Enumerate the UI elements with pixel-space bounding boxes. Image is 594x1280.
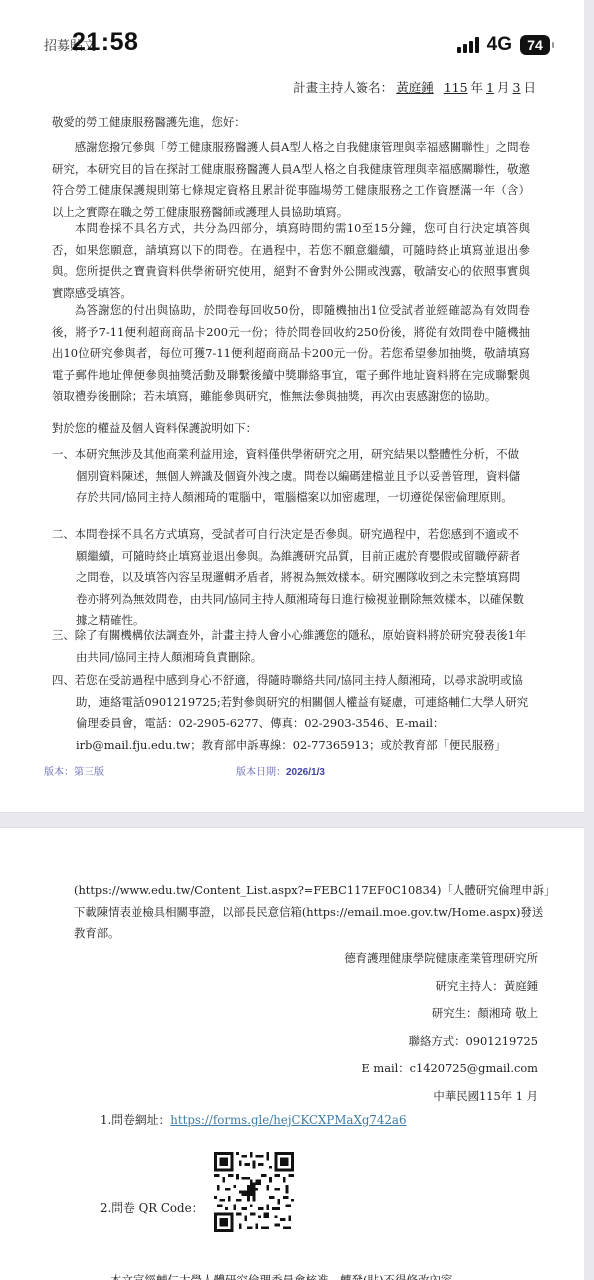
survey-url-label: 1.問卷網址： (100, 1113, 170, 1127)
version-date: 版本日期：2026/1/3 (236, 763, 325, 778)
signature-label: 計畫主持人簽名： (293, 80, 393, 95)
graduate-student: 研究生：顏湘琦 敬上 (344, 1000, 538, 1028)
network-type: 4G (487, 34, 512, 56)
survey-url-link[interactable]: https://forms.gle/hejCKCXPMaXg742a6 (170, 1113, 406, 1127)
year-unit: 年 (471, 80, 484, 95)
ethics-approval-note: 本文宣經輔仁大學人體研究倫理委員會核准，轉發(貼)不得修改內容。 (110, 1272, 464, 1280)
status-bar: 招募貼文 21:58 4G 74 (0, 28, 584, 64)
complaint-continuation: (https://www.edu.tw/Content_List.aspx?=F… (74, 880, 554, 945)
signature-day: 3 (510, 80, 524, 95)
anonymity-paragraph: 本問卷採不具名方式，共分為四部分，填寫時間約需10至15分鐘，您可自行決定填答與… (52, 218, 530, 304)
incentive-paragraph: 為答謝您的付出與協助，於問卷每回收50份，即隨機抽出1位受試者並經確認為有效問卷… (52, 300, 530, 408)
intro-paragraph: 感謝您撥冗參與「勞工健康服務醫護人員A型人格之自我健康管理與幸福感關聯性」之問卷… (52, 137, 530, 223)
rights-title: 對於您的權益及個人資料保護說明如下： (52, 418, 530, 440)
pi-signature-line: 計畫主持人簽名：黃庭鍾 115年1月3日 (293, 78, 536, 96)
qr-code-icon[interactable] (214, 1152, 294, 1232)
page-separator (0, 812, 594, 828)
version-date-value: 2026/1/3 (286, 767, 325, 778)
rights-item-2: 二、本問卷採不具名方式填寫，受試者可自行決定是否參與。研究過程中，若您感到不適或… (52, 524, 530, 632)
signature-month: 1 (483, 80, 497, 95)
signal-icon (457, 37, 479, 53)
clock: 21:58 (72, 28, 138, 57)
contact-email: E mail：c1420725@gmail.com (344, 1055, 538, 1083)
rights-item-4: 四、若您在受訪過程中感到身心不舒適，得隨時聯絡共同/協同主持人顏湘琦，以尋求說明… (52, 670, 530, 756)
day-unit: 日 (523, 80, 536, 95)
qr-label: 2.問卷 QR Code： (100, 1199, 203, 1216)
signature-block: 德育護理健康學院健康產業管理研究所 研究主持人：黃庭鍾 研究生：顏湘琦 敬上 聯… (344, 945, 538, 1111)
version-date-label: 版本日期： (236, 767, 286, 778)
battery-icon: 74 (520, 35, 550, 55)
rights-item-3: 三、除了有關機構依法調查外，計畫主持人會小心維護您的隱私，原始資料將於研究發表後… (52, 625, 530, 668)
survey-url-line: 1.問卷網址：https://forms.gle/hejCKCXPMaXg742… (100, 1111, 406, 1128)
institution: 德育護理健康學院健康產業管理研究所 (344, 945, 538, 973)
principal-investigator: 研究主持人：黃庭鍾 (344, 973, 538, 1001)
scroll-gutter[interactable] (584, 0, 594, 1280)
version-label: 版本：第三版 (44, 763, 104, 778)
rights-item-1: 一、本研究無涉及其他商業利益用途，資料僅供學術研究之用，研究結果以整體性分析，不… (52, 444, 530, 509)
contact-phone: 聯絡方式：0901219725 (344, 1028, 538, 1056)
date: 中華民國115年 1 月 (344, 1083, 538, 1111)
signature-name: 黃庭鍾 (393, 80, 437, 95)
greeting: 敬愛的勞工健康服務醫護先進，您好： (52, 112, 530, 134)
month-unit: 月 (497, 80, 510, 95)
signature-year: 115 (441, 80, 471, 95)
